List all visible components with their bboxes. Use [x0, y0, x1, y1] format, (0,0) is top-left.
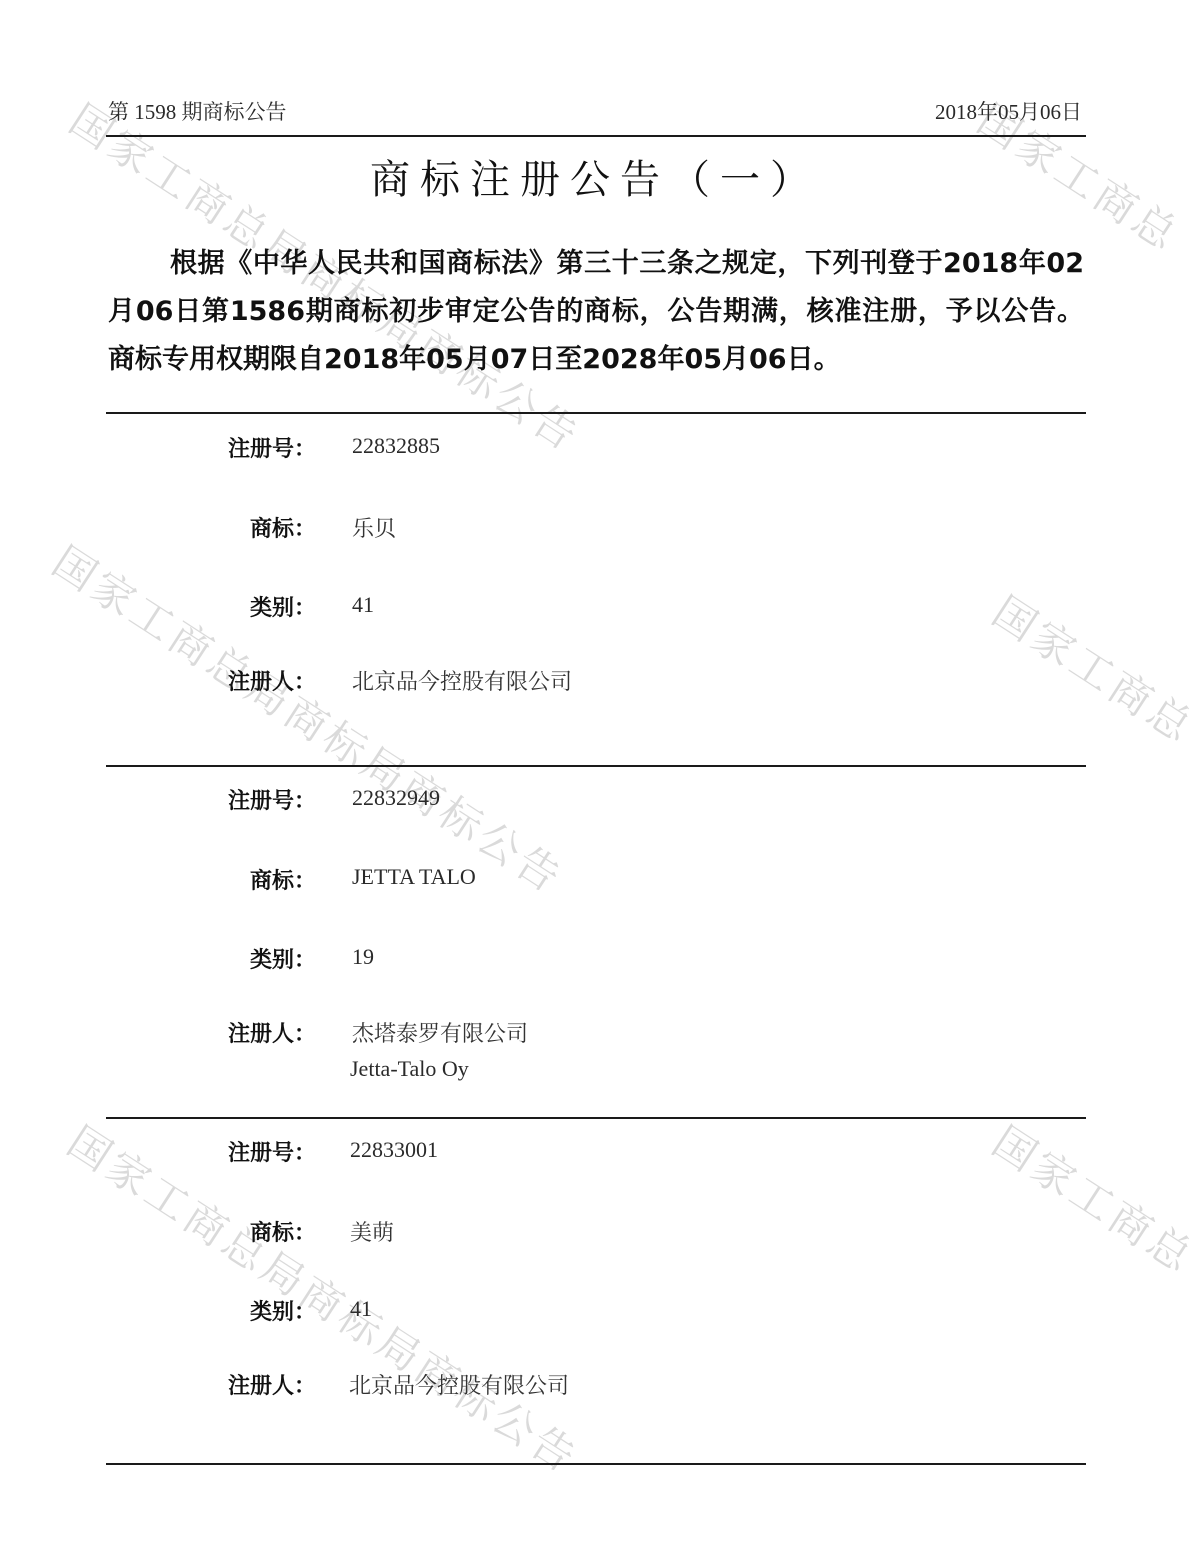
reg-no-label: 注册号：: [228, 1136, 316, 1167]
mark-value: JETTA TALO: [352, 864, 476, 890]
entry-divider: [106, 1117, 1086, 1119]
entry-divider: [106, 765, 1086, 767]
class-value: 19: [352, 944, 374, 970]
mark-label: 商标：: [250, 864, 316, 895]
intro-paragraph: 根据《中华人民共和国商标法》第三十三条之规定，下列刊登于2018年02月06日第…: [108, 240, 1084, 384]
class-value: 41: [350, 1296, 372, 1322]
watermark: 国家工商总局商标局商标公告: [57, 1110, 591, 1486]
watermark: 国家工商总局商标局商标公告: [42, 530, 576, 906]
class-label: 类别：: [250, 1295, 316, 1326]
entry-divider: [106, 412, 1086, 414]
entry-divider: [106, 1463, 1086, 1465]
registrant-value: 北京品今控股有限公司: [349, 1369, 569, 1400]
registrant-label: 注册人：: [228, 665, 316, 696]
registrant-value-en: Jetta-Talo Oy: [350, 1056, 469, 1082]
registrant-value: 杰塔泰罗有限公司: [352, 1017, 528, 1048]
reg-no-label: 注册号：: [228, 432, 316, 463]
publish-date: 2018年05月06日: [935, 96, 1082, 126]
reg-no-value: 22833001: [350, 1137, 438, 1163]
reg-no-label: 注册号：: [228, 784, 316, 815]
reg-no-value: 22832885: [352, 433, 440, 459]
reg-no-value: 22832949: [352, 785, 440, 811]
mark-value: 乐贝: [352, 512, 396, 543]
mark-label: 商标：: [250, 512, 316, 543]
registrant-value: 北京品今控股有限公司: [352, 665, 572, 696]
registrant-label: 注册人：: [228, 1017, 316, 1048]
watermark: 国家工商总: [982, 1110, 1190, 1286]
watermark: 国家工商总: [982, 580, 1190, 756]
issue-number: 第 1598 期商标公告: [108, 96, 287, 126]
header-divider: [106, 135, 1086, 137]
class-label: 类别：: [250, 943, 316, 974]
mark-value: 美萌: [350, 1216, 394, 1247]
registrant-label: 注册人：: [228, 1369, 316, 1400]
page-title: 商标注册公告（一）: [0, 148, 1190, 205]
mark-label: 商标：: [250, 1216, 316, 1247]
class-value: 41: [352, 592, 374, 618]
class-label: 类别：: [250, 591, 316, 622]
